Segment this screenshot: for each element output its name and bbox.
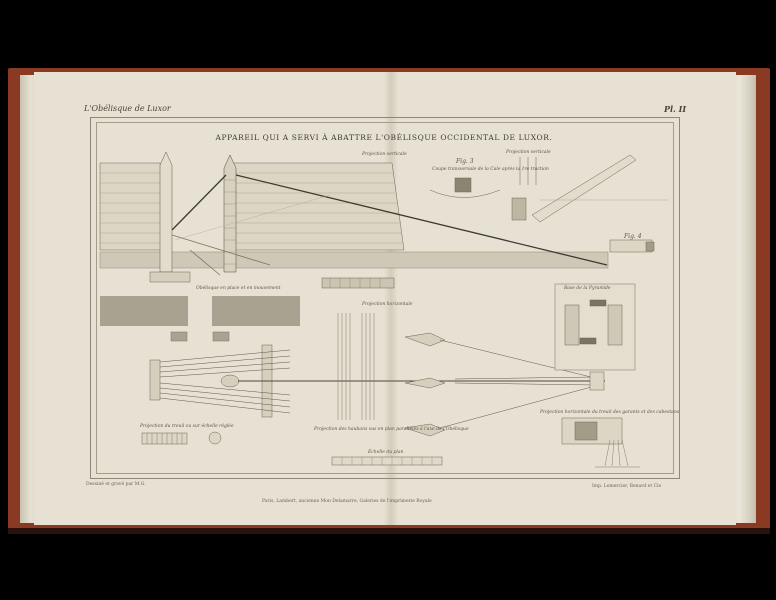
elevation-caption: Obélisque en place et en mouvement <box>196 286 281 291</box>
label-projection-treuil: Projection du treuil vu sur échelle régl… <box>140 424 234 429</box>
footer-engraver: Dessiné et gravé par M.G. <box>86 482 146 487</box>
fig3-caption: Coupe transversale de la Cale après la 1… <box>432 167 549 172</box>
label-projection-horizontale: Projection horizontale <box>362 302 413 307</box>
pylon-wall <box>100 163 404 250</box>
label-projection-verticale: Projection verticale <box>362 152 407 157</box>
label-base-pyramide: Base de la Pyramide <box>564 286 611 291</box>
engraving-illustration <box>0 0 776 600</box>
label-fig3: Fig. 3 <box>456 158 474 165</box>
label-fig4: Fig. 4 <box>624 233 642 240</box>
scale-title: Échelle du plan <box>368 450 403 455</box>
caption-right: Projection horizontale du treuil des gar… <box>540 410 679 415</box>
footer-publisher: Paris, Lambert, ancienne Mon Delamarre, … <box>262 499 432 504</box>
label-projection-verticale-detail: Projection verticale <box>506 150 551 155</box>
caption-center: Projection des haubans vus en plan paral… <box>314 427 469 432</box>
footer-printer: Imp. Lemercier, Benard et Cie <box>592 484 661 489</box>
